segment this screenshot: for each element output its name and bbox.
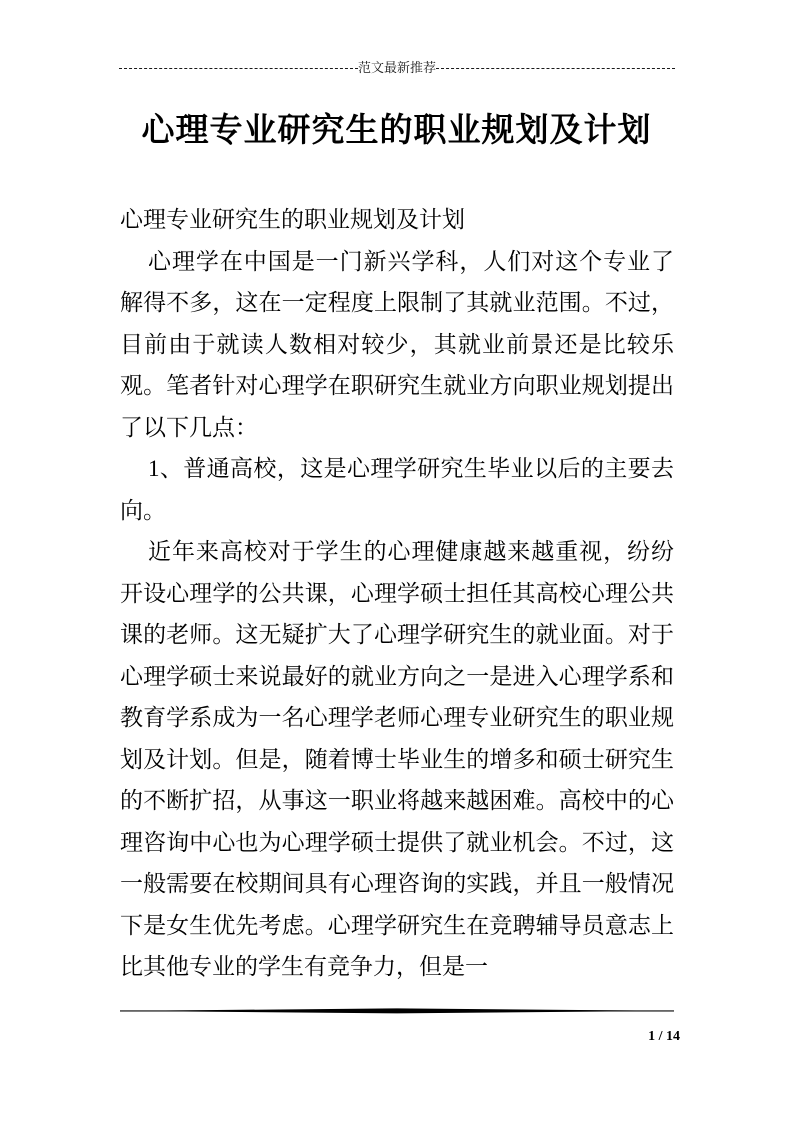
document-title: 心理专业研究生的职业规划及计划: [0, 106, 793, 156]
paragraph: 心理学在中国是一门新兴学科，人们对这个专业了解得不多，这在一定程度上限制了其就业…: [120, 241, 674, 449]
page-header: 范文最新推荐: [119, 58, 675, 78]
header-divider-left: [119, 68, 358, 69]
header-divider-label: 范文最新推荐: [358, 59, 436, 77]
document-page: 范文最新推荐 心理专业研究生的职业规划及计划 心理专业研究生的职业规划及计划 心…: [0, 0, 793, 1122]
page-footer: 1 / 14: [120, 1008, 674, 1014]
paragraph: 1、普通高校，这是心理学研究生毕业以后的主要去向。: [120, 448, 674, 531]
header-divider-right: [436, 68, 675, 69]
page-number: 1 / 14: [648, 1029, 680, 1045]
paragraph: 近年来高校对于学生的心理健康越来越重视，纷纷开设心理学的公共课，心理学硕士担任其…: [120, 531, 674, 988]
document-body: 心理专业研究生的职业规划及计划 心理学在中国是一门新兴学科，人们对这个专业了解得…: [120, 199, 674, 988]
footer-rule: [120, 1008, 674, 1014]
paragraph: 心理专业研究生的职业规划及计划: [120, 199, 674, 241]
